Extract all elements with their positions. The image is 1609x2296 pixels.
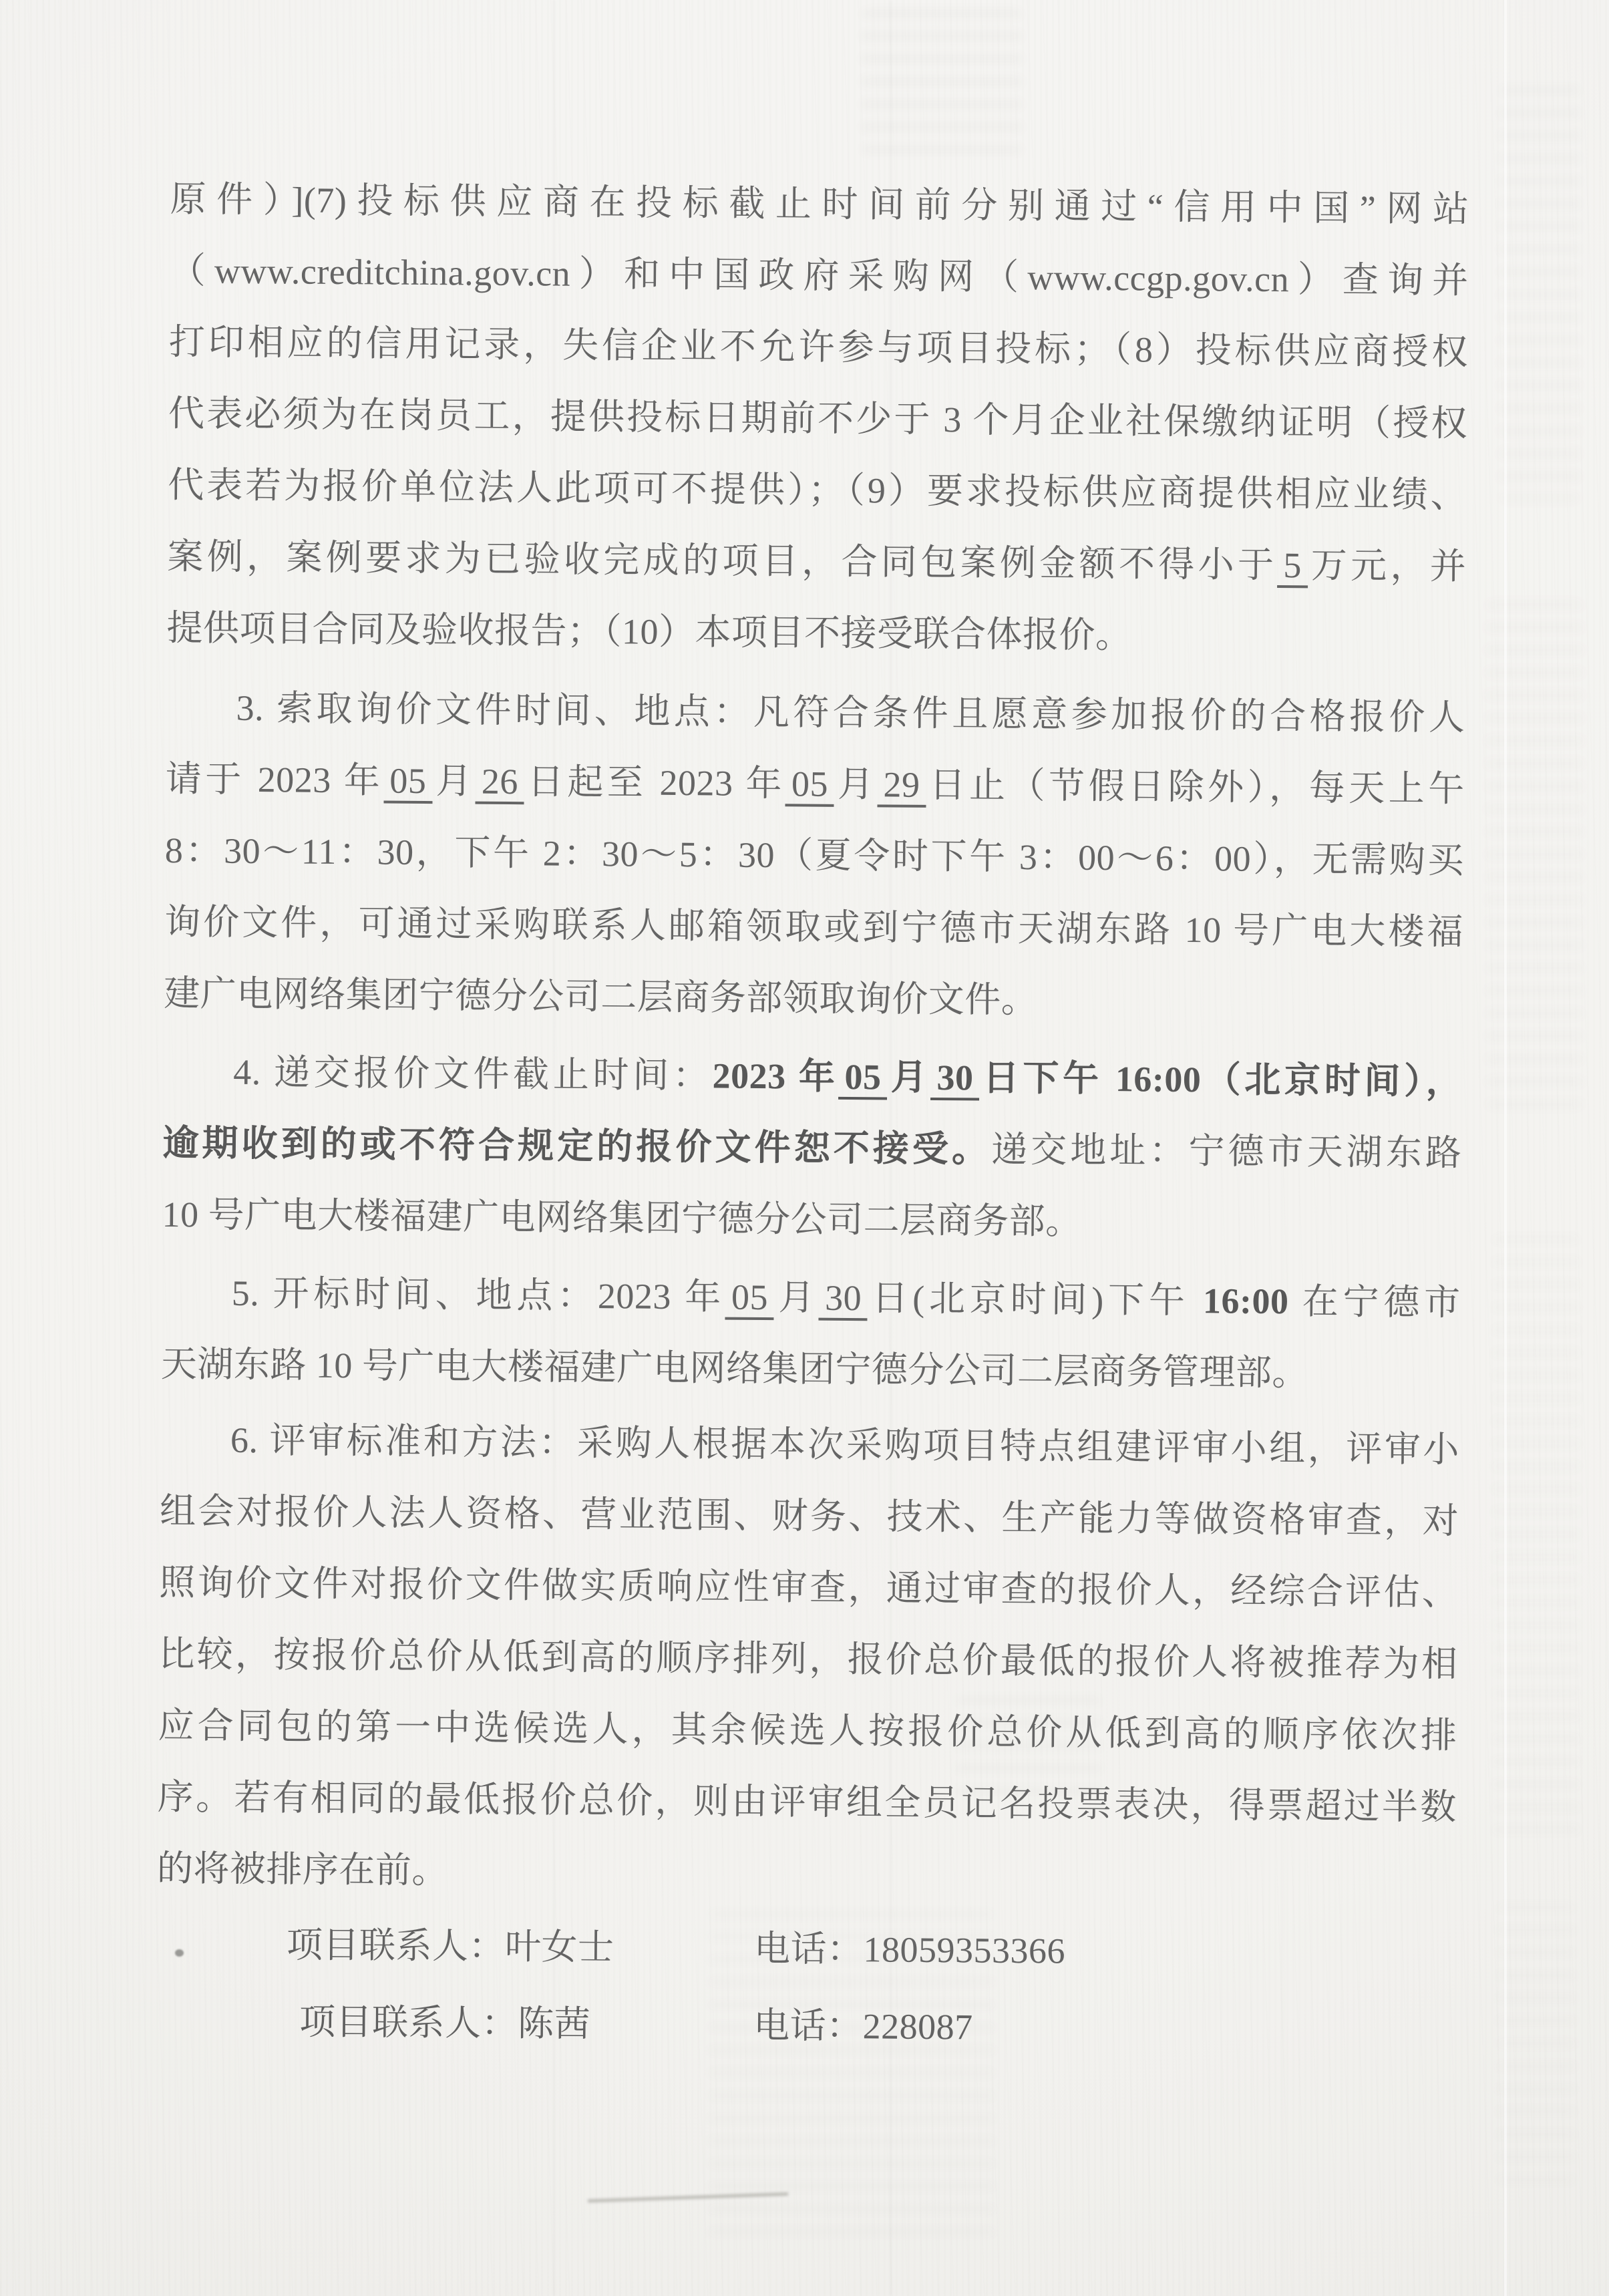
contact-person: 项目联系人：陈茜 bbox=[299, 1987, 754, 2062]
document-body: 原件）](7)投标供应商在投标截止时间前分别通过“信用中国”网站（www.cre… bbox=[156, 164, 1469, 2067]
text-segment: 月 bbox=[774, 1277, 820, 1318]
document-line: 6. 评审标准和方法：采购人根据本次采购项目特点组建评审小组，评审小 bbox=[160, 1404, 1460, 1486]
text-segment: 4. 递交报价文件截止时间： bbox=[233, 1052, 713, 1096]
document-line: 案例，案例要求为已验收完成的项目，合同包案例金额不得小于5万元，并 bbox=[167, 521, 1467, 603]
scanned-page: 原件）](7)投标供应商在投标截止时间前分别通过“信用中国”网站（www.cre… bbox=[0, 0, 1609, 2296]
text-segment: 建广电网络集团宁德分公司二层商务部领取询价文件。 bbox=[164, 973, 1037, 1020]
bold-text: 日下午 16:00（北京时间）， bbox=[979, 1058, 1462, 1102]
bleedthrough-smudge bbox=[1493, 1236, 1580, 1837]
document-line: 询价文件，可通过采购联系人邮箱领取或到宁德市天湖东路 10 号广电大楼福 bbox=[164, 886, 1464, 968]
para-5: 6. 评审标准和方法：采购人根据本次采购项目特点组建评审小组，评审小组会对报价人… bbox=[157, 1404, 1460, 1915]
contact-phone: 电话：18059353366 bbox=[754, 1913, 1066, 1987]
text-segment: 日止（节假日除外），每天上午 bbox=[926, 765, 1465, 809]
underlined-value: 5 bbox=[1277, 545, 1308, 588]
underlined-value: 29 bbox=[877, 764, 926, 808]
document-line: （www.creditchina.gov.cn）和中国政府采购网（www.ccg… bbox=[169, 235, 1469, 317]
underlined-value: 30 bbox=[819, 1278, 868, 1321]
document-line: 的将被排序在前。 bbox=[157, 1833, 1457, 1915]
bold-text: 16:00 bbox=[1203, 1281, 1289, 1321]
document-line: 打印相应的信用记录，失信企业不允许参与项目投标；（8）投标供应商授权 bbox=[168, 307, 1468, 388]
text-segment: 月 bbox=[834, 764, 878, 805]
text-segment: 月 bbox=[432, 761, 476, 802]
text-segment: （www.creditchina.gov.cn）和中国政府采购网（www.ccg… bbox=[170, 251, 1469, 301]
text-segment: 请于 2023 年 bbox=[166, 759, 384, 801]
text-segment: 比较，按报价总价从低到高的顺序排列，报价总价最低的报价人将被推荐为相 bbox=[158, 1634, 1457, 1684]
bold-text: 逾期收到的或不符合规定的报价文件恕不接受。 bbox=[162, 1123, 991, 1170]
text-segment: 日起至 2023 年 bbox=[524, 762, 786, 804]
para-3: 4. 递交报价文件截止时间：2023 年05月30日下午 16:00（北京时间）… bbox=[162, 1036, 1462, 1261]
underlined-value: 30 bbox=[930, 1057, 980, 1101]
contact-phone: 电话：228087 bbox=[753, 1990, 973, 2064]
document-line: 代表若为报价单位法人此项可不提供）；（9）要求投标供应商提供相应业绩、 bbox=[168, 450, 1467, 531]
text-segment: 代表必须为在岗员工，提供投标日期前不少于 3 个月企业社保缴纳证明（授权 bbox=[168, 393, 1467, 444]
document-line: 请于 2023 年05月26日起至 2023 年05月29日止（节假日除外），每… bbox=[165, 744, 1465, 825]
underlined-value: 05 bbox=[785, 764, 835, 807]
text-segment: 打印相应的信用记录，失信企业不允许参与项目投标；（8）投标供应商授权 bbox=[169, 322, 1468, 372]
underlined-value: 05 bbox=[383, 761, 433, 804]
document-line: 逾期收到的或不符合规定的报价文件恕不接受。递交地址：宁德市天湖东路 bbox=[162, 1108, 1462, 1189]
contact-row: 项目联系人：叶女士电话：18059353366 bbox=[287, 1909, 1456, 1990]
text-segment: 6. 评审标准和方法：采购人根据本次采购项目特点组建评审小组，评审小 bbox=[230, 1420, 1459, 1470]
text-segment: 提供项目合同及验收报告；（10）本项目不接受联合体报价。 bbox=[166, 608, 1131, 655]
para-4: 5. 开标时间、地点：2023 年05月30日(北京时间)下午 16:00 在宁… bbox=[160, 1257, 1461, 1410]
text-segment: 10 号广电大楼福建广电网络集团宁德分公司二层商务部。 bbox=[162, 1194, 1081, 1242]
document-line: 组会对报价人法人资格、营业范围、财务、技术、生产能力等做资格审查，对 bbox=[160, 1476, 1459, 1557]
bold-text: 2023 年 bbox=[712, 1055, 838, 1096]
document-line: 比较，按报价总价从低到高的顺序排列，报价总价最低的报价人将被推荐为相 bbox=[158, 1619, 1458, 1700]
contact-row: 项目联系人：陈茜电话：228087 bbox=[299, 1987, 1455, 2068]
para-1: 原件）](7)投标供应商在投标截止时间前分别通过“信用中国”网站（www.cre… bbox=[166, 164, 1469, 674]
text-segment: 天湖东路 10 号广电大楼福建广电网络集团宁德分公司二层商务管理部。 bbox=[161, 1344, 1308, 1393]
document-line: 4. 递交报价文件截止时间：2023 年05月30日下午 16:00（北京时间）… bbox=[163, 1036, 1463, 1118]
text-segment: 代表若为报价单位法人此项可不提供）；（9）要求投标供应商提供相应业绩、 bbox=[168, 465, 1467, 515]
text-segment: 应合同包的第一中选候选人，其余候选人按报价总价从低到高的顺序依次排 bbox=[158, 1705, 1457, 1756]
text-segment: 在宁德市 bbox=[1288, 1281, 1461, 1323]
bleedthrough-smudge bbox=[1486, 601, 1583, 1109]
document-line: 原件）](7)投标供应商在投标截止时间前分别通过“信用中国”网站 bbox=[170, 164, 1469, 245]
text-segment: 组会对报价人法人资格、营业范围、财务、技术、生产能力等做资格审查，对 bbox=[160, 1491, 1459, 1541]
text-segment: 万元，并 bbox=[1308, 545, 1467, 587]
document-line: 5. 开标时间、地点：2023 年05月30日(北京时间)下午 16:00 在宁… bbox=[161, 1257, 1461, 1339]
bleedthrough-smudge bbox=[862, 10, 1022, 154]
page-edge-line bbox=[1504, 0, 1507, 2296]
text-segment: 的将被排序在前。 bbox=[157, 1848, 448, 1891]
document-line: 3. 索取询价文件时间、地点：凡符合条件且愿意参加报价的合格报价人 bbox=[166, 672, 1465, 754]
text-segment: 照询价文件对报价文件做实质响应性审查，通过审查的报价人，经综合评估、 bbox=[159, 1563, 1458, 1613]
text-segment: 序。若有相同的最低报价总价，则由评审组全员记名投票表决，得票超过半数 bbox=[158, 1777, 1457, 1827]
document-line: 建广电网络集团宁德分公司二层商务部领取询价文件。 bbox=[164, 958, 1463, 1039]
para-2: 3. 索取询价文件时间、地点：凡符合条件且愿意参加报价的合格报价人请于 2023… bbox=[164, 672, 1465, 1039]
bleedthrough-smudge bbox=[1499, 87, 1580, 501]
document-line: 8：30～11：30，下午 2：30～5：30（夏令时下午 3：00～6：00）… bbox=[165, 815, 1465, 896]
document-line: 10 号广电大楼福建广电网络集团宁德分公司二层商务部。 bbox=[162, 1179, 1461, 1261]
text-segment: 原件）](7)投标供应商在投标截止时间前分别通过“信用中国”网站 bbox=[170, 179, 1469, 229]
contact-person: 项目联系人：叶女士 bbox=[287, 1909, 755, 1984]
document-line: 序。若有相同的最低报价总价，则由评审组全员记名投票表决，得票超过半数 bbox=[157, 1762, 1457, 1843]
text-segment: 日(北京时间)下午 bbox=[868, 1278, 1203, 1321]
text-segment: 询价文件，可通过采购联系人邮箱领取或到宁德市天湖东路 10 号广电大楼福 bbox=[164, 902, 1463, 952]
text-segment: 3. 索取询价文件时间、地点：凡符合条件且愿意参加报价的合格报价人 bbox=[236, 688, 1465, 737]
document-line: 代表必须为在岗员工，提供投标日期前不少于 3 个月企业社保缴纳证明（授权 bbox=[168, 378, 1468, 460]
paper-scratch bbox=[588, 2192, 788, 2202]
underlined-value: 26 bbox=[476, 762, 525, 805]
document-line: 天湖东路 10 号广电大楼福建广电网络集团宁德分公司二层商务管理部。 bbox=[160, 1329, 1460, 1410]
document-line: 照询价文件对报价文件做实质响应性审查，通过审查的报价人，经综合评估、 bbox=[159, 1547, 1459, 1629]
bold-text: 月 bbox=[887, 1057, 930, 1098]
text-segment: 5. 开标时间、地点：2023 年 bbox=[231, 1273, 725, 1317]
document-line: 提供项目合同及验收报告；（10）本项目不接受联合体报价。 bbox=[166, 593, 1466, 674]
text-segment: 案例，案例要求为已验收完成的项目，合同包案例金额不得小于 bbox=[167, 536, 1277, 585]
underlined-value: 05 bbox=[725, 1277, 775, 1321]
text-segment: 递交地址：宁德市天湖东路 bbox=[991, 1130, 1462, 1174]
document-line: 应合同包的第一中选候选人，其余候选人按报价总价从低到高的顺序依次排 bbox=[158, 1690, 1457, 1772]
bleedthrough-smudge bbox=[1496, 1904, 1576, 2184]
underlined-value: 05 bbox=[838, 1057, 888, 1100]
text-segment: 8：30～11：30，下午 2：30～5：30（夏令时下午 3：00～6：00）… bbox=[165, 830, 1464, 880]
